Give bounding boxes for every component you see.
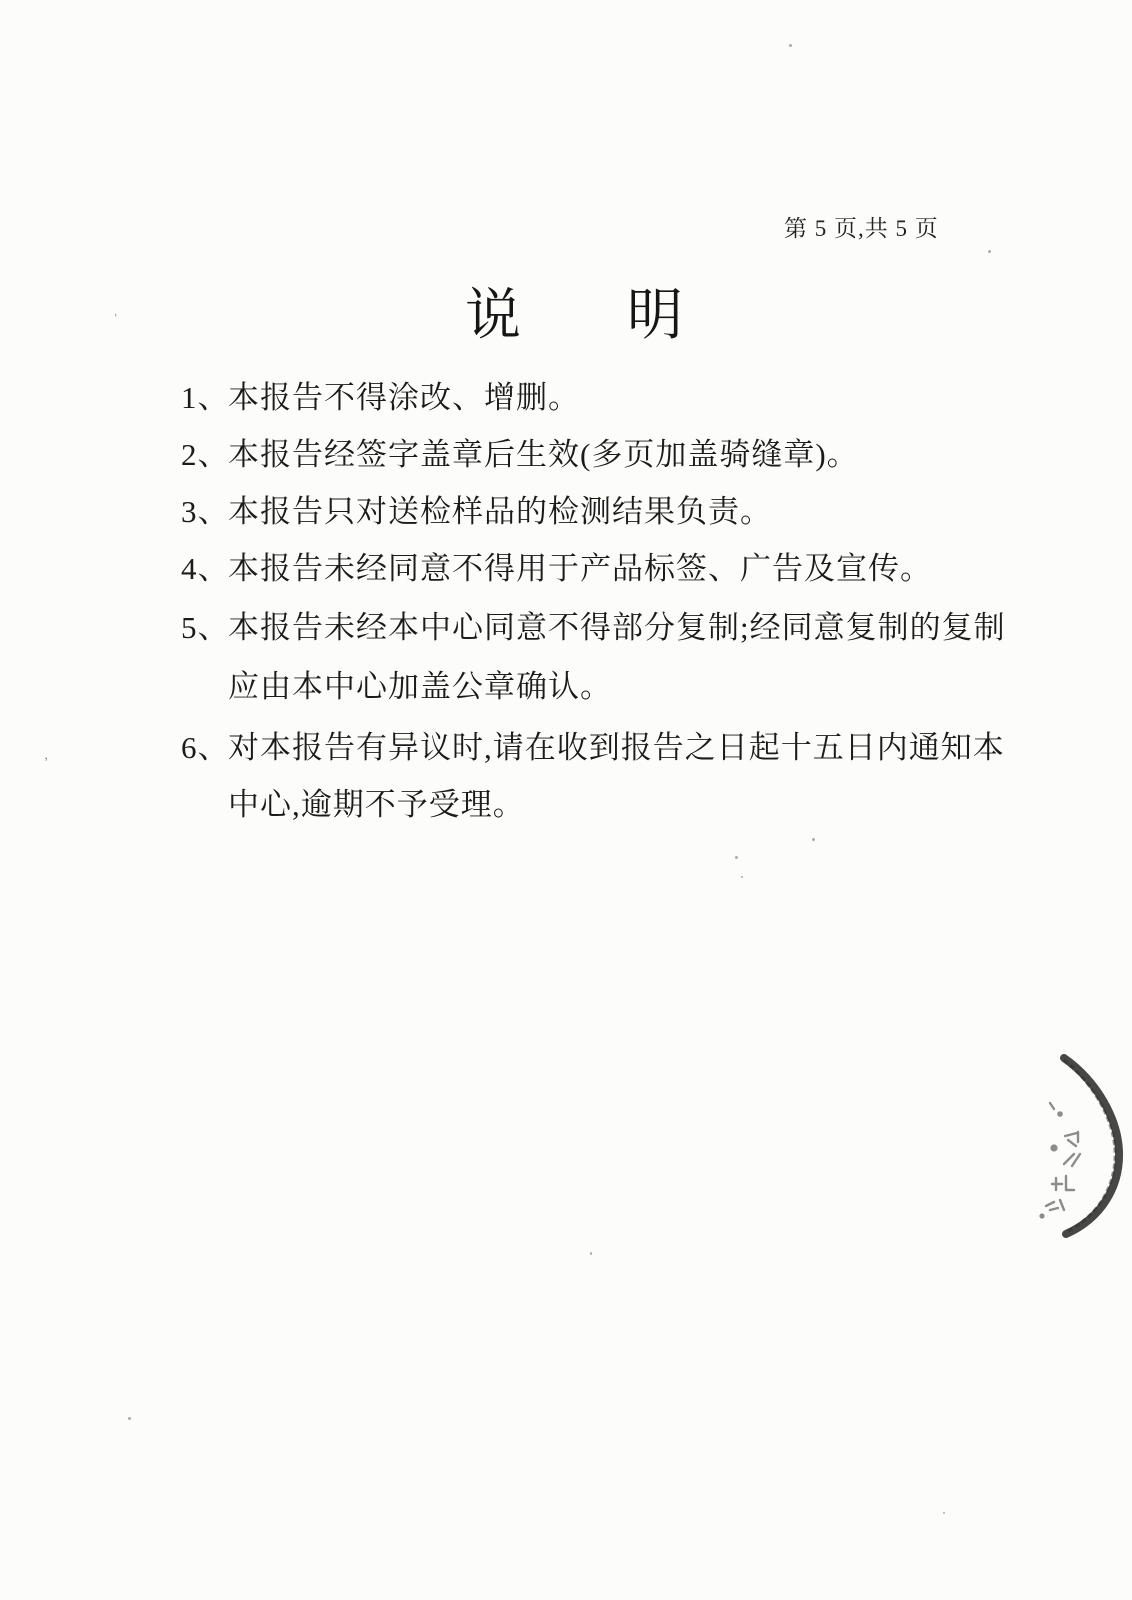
scan-speck: [943, 1512, 945, 1514]
scan-speck: [128, 1417, 131, 1420]
note-text: 本报告未经本中心同意不得部分复制;经同意复制的复制: [228, 611, 1006, 645]
page-number: 第 5 页,共 5 页: [784, 210, 939, 243]
scan-speck: [741, 876, 743, 878]
page-title-char-right: 明: [627, 288, 683, 344]
note-item-2: 2、 本报告经签字盖章后生效(多页加盖骑缝章)。: [181, 438, 859, 472]
note-text: 本报告未经同意不得用于产品标签、广告及宣传。: [228, 552, 932, 586]
scan-speck: [988, 250, 991, 253]
note-number: 3、: [181, 495, 228, 529]
note-number: 1、: [181, 381, 228, 415]
scan-speck: [789, 44, 792, 47]
scan-speck: ,: [43, 748, 49, 764]
note-text: 本报告只对送检样品的检测结果负责。: [228, 495, 772, 529]
note-item-4: 4、 本报告未经同意不得用于产品标签、广告及宣传。: [181, 552, 932, 586]
note-text: 本报告经签字盖章后生效(多页加盖骑缝章)。: [228, 438, 859, 472]
note-item-5: 5、 本报告未经本中心同意不得部分复制;经同意复制的复制: [181, 611, 1006, 645]
document-page: 第 5 页,共 5 页 说 明 1、 本报告不得涂改、增删。 2、 本报告经签字…: [0, 0, 1132, 1600]
note-item-6-line-2: 中心,逾期不予受理。: [228, 788, 525, 822]
note-text: 本报告不得涂改、增删。: [228, 381, 580, 415]
note-text: 对本报告有异议时,请在收到报告之日起十五日内通知本: [228, 731, 1005, 765]
note-number: 2、: [181, 438, 228, 472]
note-number: 5、: [181, 611, 228, 645]
page-title: 说 明: [8, 288, 1132, 344]
note-item-5-line-2: 应由本中心加盖公章确认。: [228, 670, 612, 704]
scan-speck: [735, 856, 738, 859]
note-number: 6、: [181, 731, 228, 765]
scan-speck: [812, 838, 815, 841]
scan-speck: [590, 1252, 592, 1255]
page-title-char-left: 说: [465, 288, 521, 344]
note-number: 4、: [181, 552, 228, 586]
note-item-1: 1、 本报告不得涂改、增删。: [181, 381, 580, 415]
partial-seal-stamp: [1020, 1048, 1132, 1244]
note-item-6: 6、 对本报告有异议时,请在收到报告之日起十五日内通知本: [181, 731, 1005, 765]
note-item-3: 3、 本报告只对送检样品的检测结果负责。: [181, 495, 772, 529]
